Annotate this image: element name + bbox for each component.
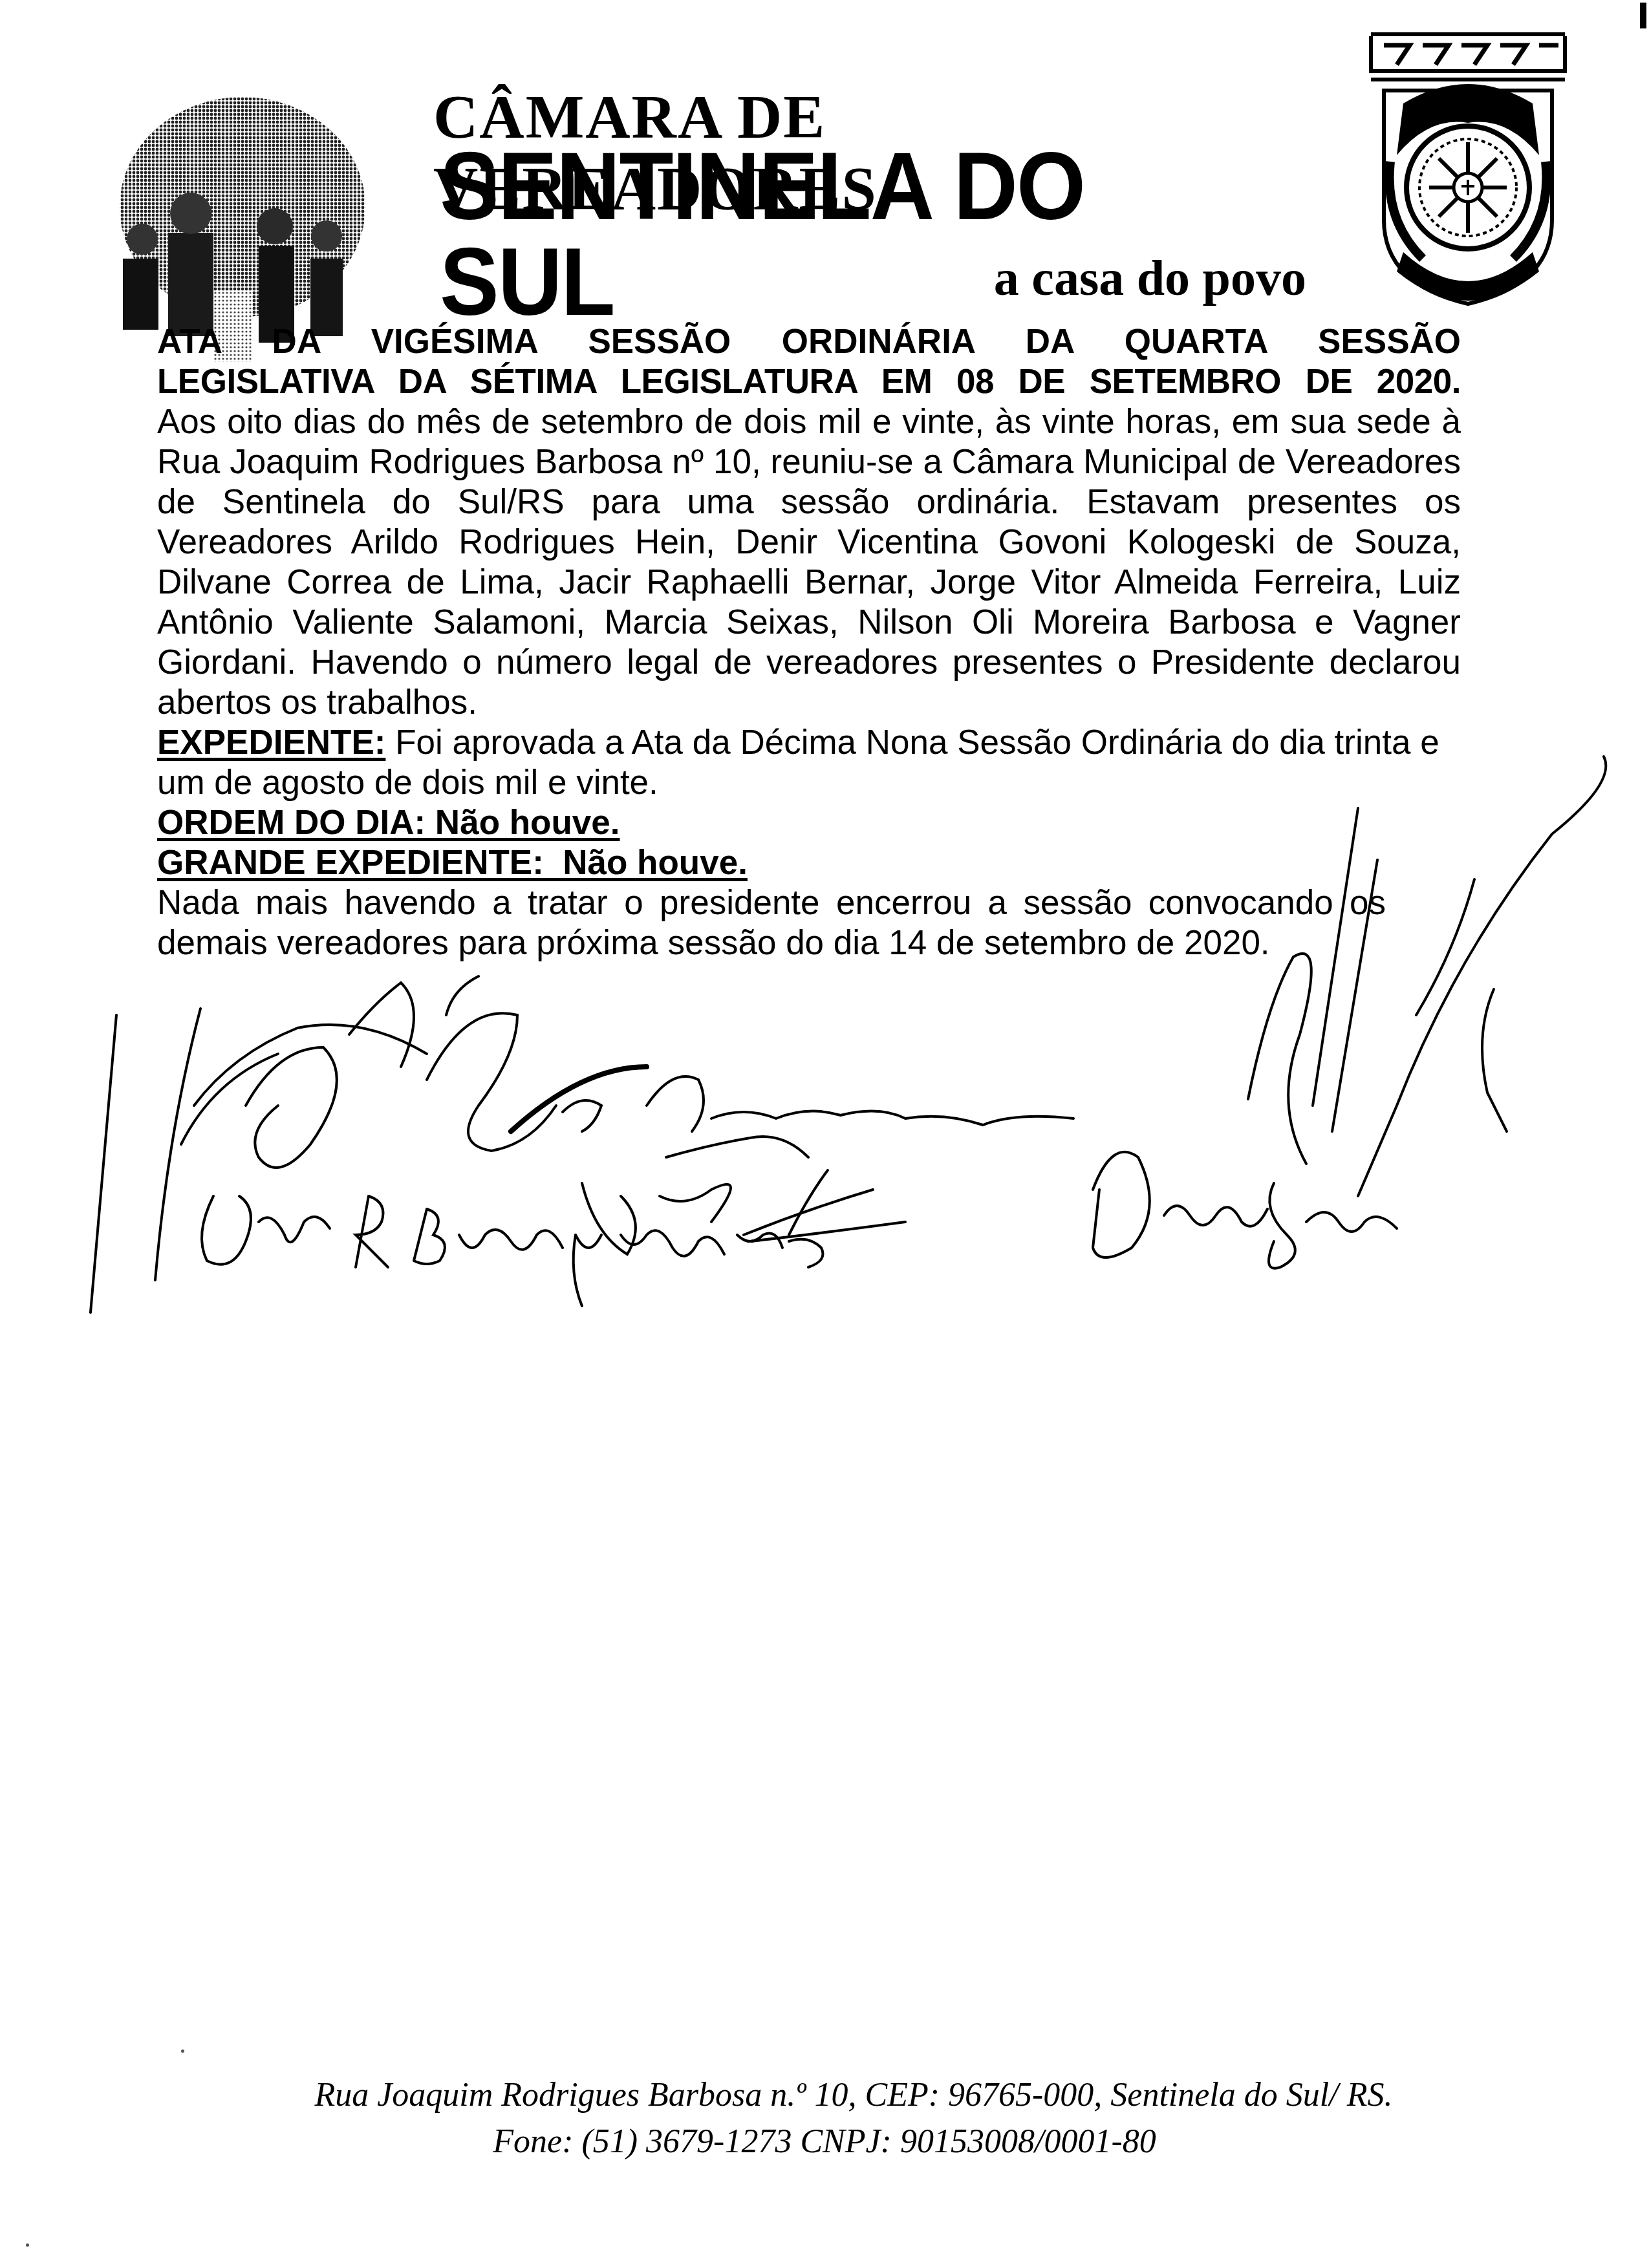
footer-contact: Fone: (51) 3679-1273 CNPJ: 90153008/0001… bbox=[97, 2119, 1552, 2165]
minutes-title: ATA DA VIGÉSIMA SESSÃO ORDINÁRIA DA QUAR… bbox=[157, 322, 1461, 402]
header-slogan: a casa do povo bbox=[854, 249, 1306, 307]
minutes-title-line-2: LEGISLATIVA DA SÉTIMA LEGISLATURA EM 08 … bbox=[157, 362, 1461, 402]
minutes-title-line-1: ATA DA VIGÉSIMA SESSÃO ORDINÁRIA DA QUAR… bbox=[157, 322, 1461, 362]
municipal-coat-of-arms-icon bbox=[1345, 26, 1591, 310]
section-ordem-do-dia: ORDEM DO DIA: Não houve. bbox=[157, 803, 620, 843]
closing-paragraph: Nada mais havendo a tratar o presidente … bbox=[157, 883, 1386, 963]
scan-speck bbox=[181, 2049, 184, 2053]
section-grande-expediente: GRANDE EXPEDIENTE: Não houve. bbox=[157, 843, 748, 883]
section-expediente-label: EXPEDIENTE: bbox=[157, 723, 385, 762]
document-page: CÂMARA DE VEREADORES SENTINELA DO SUL a … bbox=[0, 0, 1649, 2268]
minutes-body: ATA DA VIGÉSIMA SESSÃO ORDINÁRIA DA QUAR… bbox=[157, 322, 1461, 963]
opening-paragraph: Aos oito dias do mês de setembro de dois… bbox=[157, 402, 1461, 723]
footer-address: Rua Joaquim Rodrigues Barbosa n.º 10, CE… bbox=[97, 2072, 1552, 2119]
scan-corner-mark bbox=[1640, 3, 1646, 28]
letterhead-footer: Rua Joaquim Rodrigues Barbosa n.º 10, CE… bbox=[97, 2072, 1552, 2165]
section-expediente: EXPEDIENTE: Foi aprovada a Ata da Décima… bbox=[157, 723, 1461, 803]
scan-speck bbox=[26, 2243, 29, 2247]
